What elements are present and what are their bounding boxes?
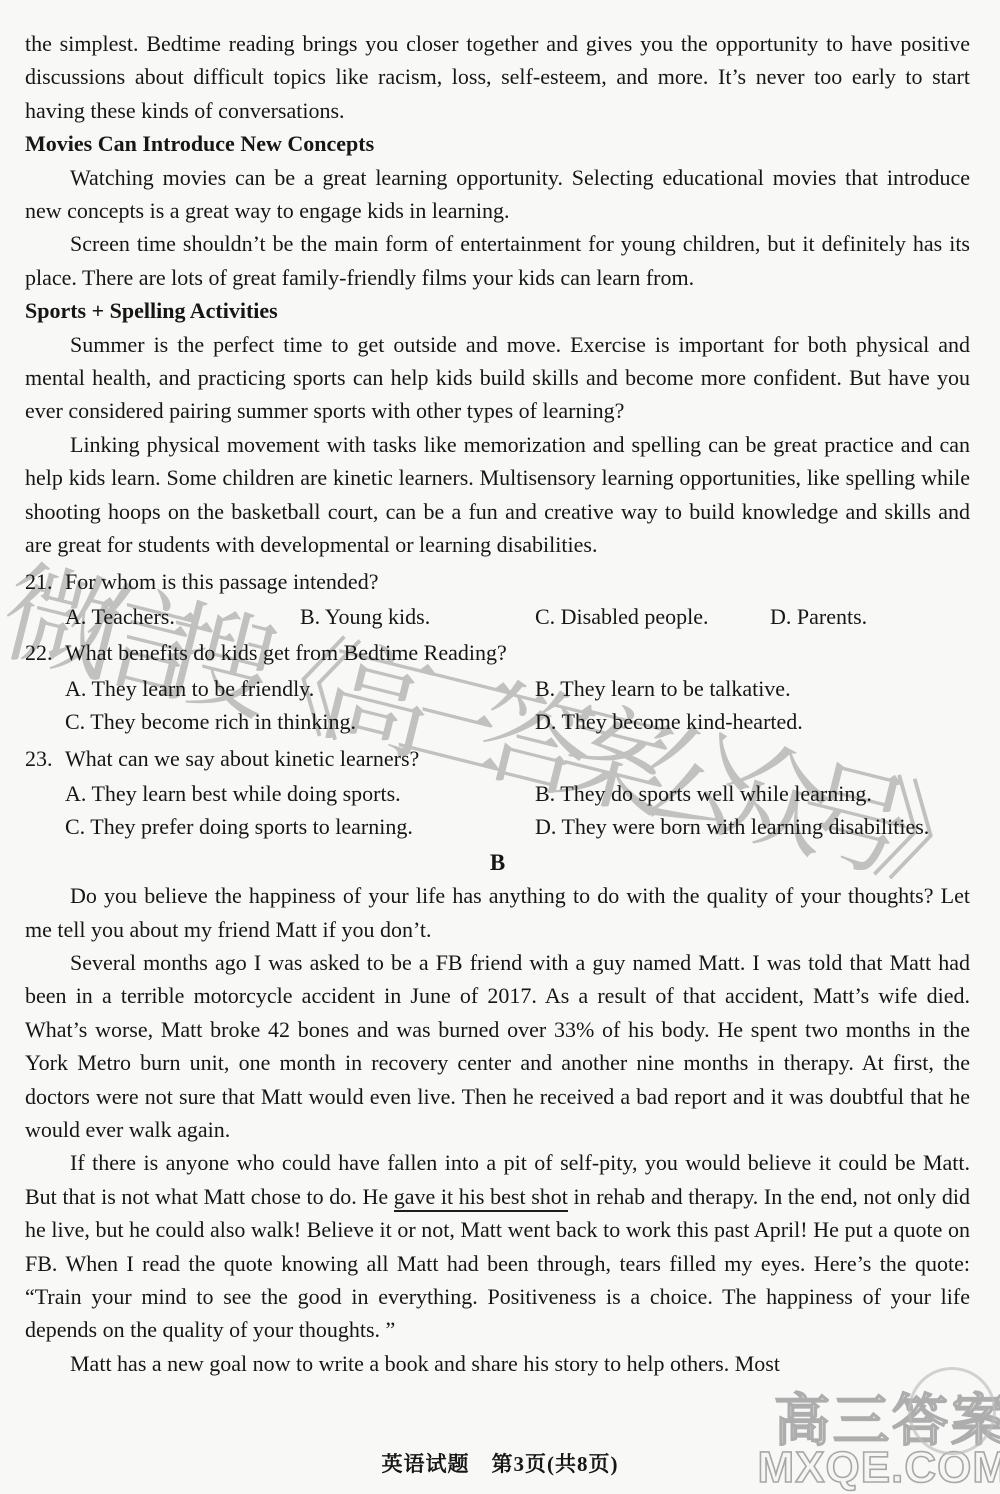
passage-b-paragraph-2: Several months ago I was asked to be a F…: [25, 946, 970, 1146]
page-footer: 英语试题第3页(共8页): [0, 1448, 1000, 1478]
question-22-text: What benefits do kids get from Bedtime R…: [65, 636, 970, 669]
exam-page: the simplest. Bedtime reading brings you…: [0, 0, 1000, 1494]
question-23-option-a: A. They learn best while doing sports.: [65, 777, 535, 810]
question-23-option-c: C. They prefer doing sports to learning.: [65, 810, 535, 843]
question-21-number: 21.: [25, 565, 65, 598]
question-22-number: 22.: [25, 636, 65, 669]
passage-b-paragraph-3: If there is anyone who could have fallen…: [25, 1146, 970, 1346]
question-22-option-a: A. They learn to be friendly.: [65, 672, 535, 705]
question-22-option-b: B. They learn to be talkative.: [535, 672, 970, 705]
passage-b-paragraph-4: Matt has a new goal now to write a book …: [25, 1347, 970, 1380]
question-23-number: 23.: [25, 742, 65, 775]
passage-b-paragraph-1: Do you believe the happiness of your lif…: [25, 879, 970, 946]
passage-a-paragraph-sports-2: Linking physical movement with tasks lik…: [25, 428, 970, 562]
footer-subject: 英语试题: [382, 1452, 470, 1476]
passage-a-paragraph-sports-1: Summer is the perfect time to get outsid…: [25, 328, 970, 428]
question-23-options: A. They learn best while doing sports. B…: [65, 777, 970, 844]
underlined-phrase-gave-it-his-best-shot: gave it his best shot: [394, 1184, 568, 1212]
question-23-option-d: D. They were born with learning disabili…: [535, 810, 970, 843]
question-22-option-c: C. They become rich in thinking.: [65, 705, 535, 738]
passage-a-paragraph-movies-1: Watching movies can be a great learning …: [25, 161, 970, 228]
question-21-option-a: A. Teachers.: [65, 600, 300, 633]
footer-page-number: 第3页(共8页): [492, 1452, 619, 1476]
question-23: 23. What can we say about kinetic learne…: [25, 742, 970, 844]
passage-a-paragraph-movies-2: Screen time shouldn’t be the main form o…: [25, 227, 970, 294]
question-22-option-d: D. They become kind-hearted.: [535, 705, 970, 738]
passage-b-label: B: [25, 846, 970, 879]
passage-a-heading-movies: Movies Can Introduce New Concepts: [25, 127, 970, 160]
question-21: 21. For whom is this passage intended? A…: [25, 565, 970, 634]
question-22-options: A. They learn to be friendly. B. They le…: [65, 672, 970, 739]
passage-a-paragraph-continued: the simplest. Bedtime reading brings you…: [25, 27, 970, 127]
question-23-option-b: B. They do sports well while learning.: [535, 777, 970, 810]
question-21-option-b: B. Young kids.: [300, 600, 535, 633]
question-22: 22. What benefits do kids get from Bedti…: [25, 636, 970, 738]
question-21-option-d: D. Parents.: [770, 600, 970, 633]
question-21-options: A. Teachers. B. Young kids. C. Disabled …: [65, 600, 970, 633]
passage-a-heading-sports: Sports + Spelling Activities: [25, 294, 970, 327]
question-21-option-c: C. Disabled people.: [535, 600, 770, 633]
question-23-text: What can we say about kinetic learners?: [65, 742, 970, 775]
question-21-text: For whom is this passage intended?: [65, 565, 970, 598]
